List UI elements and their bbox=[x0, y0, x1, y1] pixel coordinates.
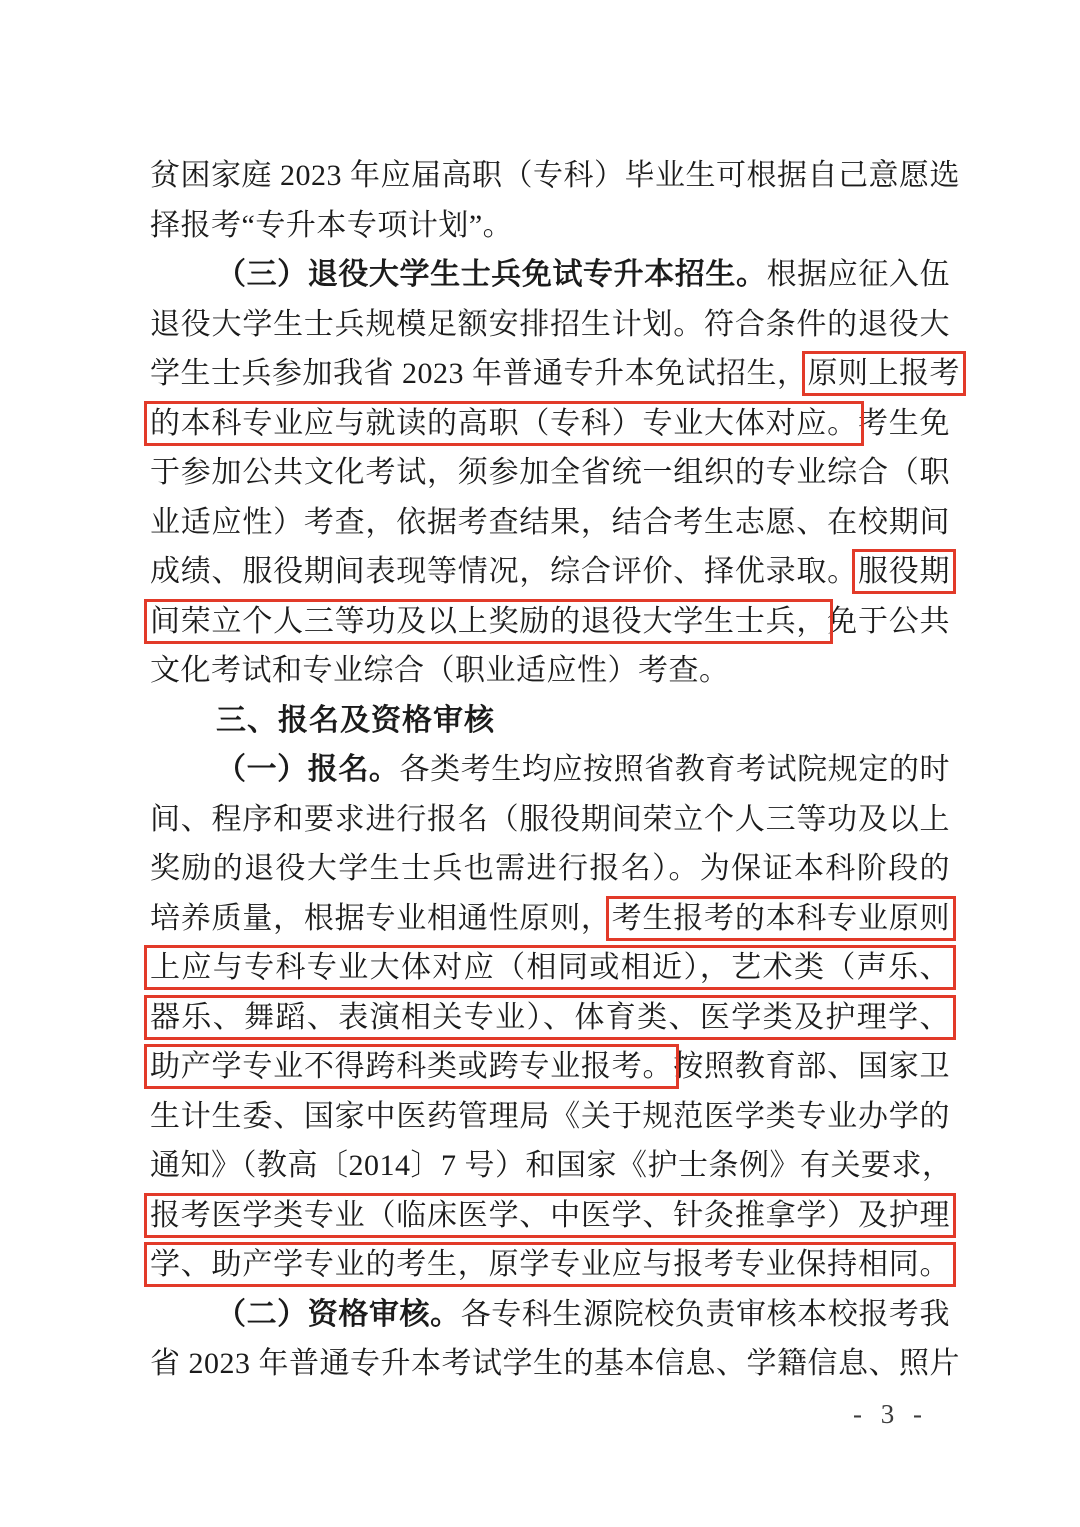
text-line: 于参加公共文化考试，须参加全省统一组织的专业综合（职 bbox=[150, 448, 950, 498]
text-line: 文化考试和专业综合（职业适应性）考查。 bbox=[150, 646, 950, 696]
text-line: 成绩、服役期间表现等情况，综合评价、择优录取。服役期 bbox=[150, 547, 950, 597]
text-line: 业适应性）考查，依据考查结果，结合考生志愿、在校期间 bbox=[150, 498, 950, 548]
text-segment: （一）报名。 bbox=[216, 753, 400, 786]
page-number: - 3 - bbox=[853, 1397, 928, 1431]
text-segment: 奖励的退役大学生士兵也需进行报名）。为保证本科阶段的 bbox=[150, 852, 950, 885]
text-line: 间、程序和要求进行报名（服役期间荣立个人三等功及以上 bbox=[150, 795, 950, 845]
highlight-box: 服役期 bbox=[858, 555, 950, 588]
highlight-box: 报考医学类专业（临床医学、中医学、针灸推拿学）及护理 bbox=[150, 1199, 950, 1232]
text-segment: 各类考生均应按照省教育考试院规定的时 bbox=[400, 753, 950, 786]
highlight-box: 上应与专科专业大体对应（相同或相近），艺术类（声乐、 bbox=[150, 951, 950, 984]
text-line: 助产学专业不得跨科类或跨专业报考。按照教育部、国家卫 bbox=[150, 1042, 950, 1092]
text-segment: 业适应性）考查，依据考查结果，结合考生志愿、在校期间 bbox=[150, 506, 950, 539]
text-segment: 根据应征入伍 bbox=[767, 258, 950, 291]
text-line: 间荣立个人三等功及以上奖励的退役大学生士兵，免于公共 bbox=[150, 597, 950, 647]
text-line: 器乐、舞蹈、表演相关专业）、体育类、医学类及护理学、 bbox=[150, 993, 950, 1043]
text-segment: 退役大学生士兵规模足额安排招生计划。符合条件的退役大 bbox=[150, 308, 950, 341]
text-segment: 贫困家庭 2023 年应届高职（专科）毕业生可根据自己意愿选 bbox=[150, 159, 960, 192]
highlight-box: 助产学专业不得跨科类或跨专业报考。 bbox=[150, 1050, 673, 1083]
highlight-box: 的本科专业应与就读的高职（专科）专业大体对应。 bbox=[150, 407, 858, 440]
text-line: 培养质量，根据专业相通性原则，考生报考的本科专业原则 bbox=[150, 894, 950, 944]
text-segment: 省 2023 年普通专升本考试学生的基本信息、学籍信息、照片 bbox=[150, 1347, 960, 1380]
text-line: 学、助产学专业的考生，原学专业应与报考专业保持相同。 bbox=[150, 1240, 950, 1290]
highlight-box: 间荣立个人三等功及以上奖励的退役大学生士兵， bbox=[150, 605, 827, 638]
highlight-box: 考生报考的本科专业原则 bbox=[612, 902, 950, 935]
text-segment: 免于公共 bbox=[827, 605, 950, 638]
text-segment: 成绩、服役期间表现等情况，综合评价、择优录取。 bbox=[150, 555, 858, 588]
text-line: 的本科专业应与就读的高职（专科）专业大体对应。考生免 bbox=[150, 399, 950, 449]
section-heading: 三、报名及资格审核 bbox=[150, 696, 950, 746]
text-segment: 通知》（教高〔2014〕7 号）和国家《护士条例》有关要求， bbox=[150, 1149, 953, 1182]
document-page: 贫困家庭 2023 年应届高职（专科）毕业生可根据自己意愿选择报考“专升本专项计… bbox=[0, 0, 1080, 1527]
text-segment: 于参加公共文化考试，须参加全省统一组织的专业综合（职 bbox=[150, 456, 950, 489]
text-segment: 学生士兵参加我省 2023 年普通专升本免试招生， bbox=[150, 357, 808, 390]
text-segment: 培养质量，根据专业相通性原则， bbox=[150, 902, 612, 935]
text-line: 省 2023 年普通专升本考试学生的基本信息、学籍信息、照片 bbox=[150, 1339, 950, 1389]
text-line: 学生士兵参加我省 2023 年普通专升本免试招生，原则上报考 bbox=[150, 349, 950, 399]
highlight-box: 原则上报考 bbox=[808, 357, 961, 390]
text-line: 奖励的退役大学生士兵也需进行报名）。为保证本科阶段的 bbox=[150, 844, 950, 894]
text-segment: （二）资格审核。 bbox=[216, 1298, 461, 1331]
text-segment: 文化考试和专业综合（职业适应性）考查。 bbox=[150, 654, 730, 687]
highlight-box: 器乐、舞蹈、表演相关专业）、体育类、医学类及护理学、 bbox=[150, 1001, 950, 1034]
text-segment: 各专科生源院校负责审核本校报考我 bbox=[461, 1298, 950, 1331]
text-line: （三）退役大学生士兵免试专升本招生。根据应征入伍 bbox=[150, 250, 950, 300]
text-segment: 按照教育部、国家卫 bbox=[673, 1050, 950, 1083]
text-line: 报考医学类专业（临床医学、中医学、针灸推拿学）及护理 bbox=[150, 1191, 950, 1241]
text-line: 生计生委、国家中医药管理局《关于规范医学类专业办学的 bbox=[150, 1092, 950, 1142]
text-line: 退役大学生士兵规模足额安排招生计划。符合条件的退役大 bbox=[150, 300, 950, 350]
text-line: 通知》（教高〔2014〕7 号）和国家《护士条例》有关要求， bbox=[150, 1141, 950, 1191]
text-segment: 择报考“专升本专项计划”。 bbox=[150, 209, 513, 242]
text-segment: 间、程序和要求进行报名（服役期间荣立个人三等功及以上 bbox=[150, 803, 950, 836]
text-segment: 三、报名及资格审核 bbox=[216, 704, 495, 737]
document-lines: 贫困家庭 2023 年应届高职（专科）毕业生可根据自己意愿选择报考“专升本专项计… bbox=[150, 151, 950, 1389]
text-line: （二）资格审核。各专科生源院校负责审核本校报考我 bbox=[150, 1290, 950, 1340]
text-line: 择报考“专升本专项计划”。 bbox=[150, 201, 950, 251]
text-segment: 考生免 bbox=[858, 407, 950, 440]
text-line: （一）报名。各类考生均应按照省教育考试院规定的时 bbox=[150, 745, 950, 795]
text-segment: （三）退役大学生士兵免试专升本招生。 bbox=[216, 258, 767, 291]
text-line: 上应与专科专业大体对应（相同或相近），艺术类（声乐、 bbox=[150, 943, 950, 993]
text-line: 贫困家庭 2023 年应届高职（专科）毕业生可根据自己意愿选 bbox=[150, 151, 950, 201]
highlight-box: 学、助产学专业的考生，原学专业应与报考专业保持相同。 bbox=[150, 1248, 950, 1281]
text-segment: 生计生委、国家中医药管理局《关于规范医学类专业办学的 bbox=[150, 1100, 950, 1133]
